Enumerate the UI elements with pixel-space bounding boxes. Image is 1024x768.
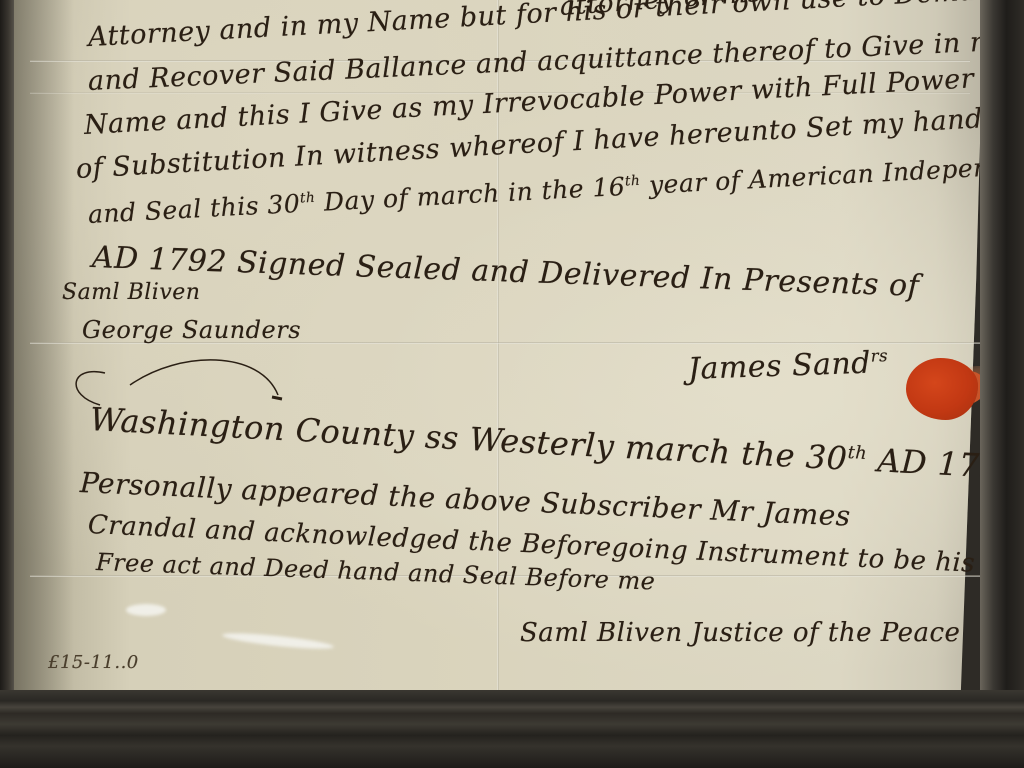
- signature-james: James Sandrs: [687, 345, 888, 387]
- ordinal-suffix: th: [847, 443, 867, 464]
- ordinal-suffix: th: [300, 190, 316, 207]
- ordinal-suffix: th: [625, 173, 641, 190]
- framed-document-photo: attorney or his attorney my Attorney and…: [0, 0, 1024, 768]
- wax-seal: [906, 358, 978, 420]
- frame-left: [0, 0, 14, 768]
- justice-signature: Saml Bliven Justice of the Peace: [520, 618, 960, 648]
- margin-note: £15-11..0: [48, 652, 139, 673]
- signature-suffix: rs: [870, 346, 888, 366]
- paper-stain: [126, 604, 166, 616]
- witness-name: Saml Bliven: [62, 280, 200, 305]
- frame-bottom: [0, 690, 1024, 768]
- frame-right: [980, 0, 1024, 768]
- witness-name: George Saunders: [82, 316, 301, 344]
- signature-text: James Sand: [687, 346, 871, 387]
